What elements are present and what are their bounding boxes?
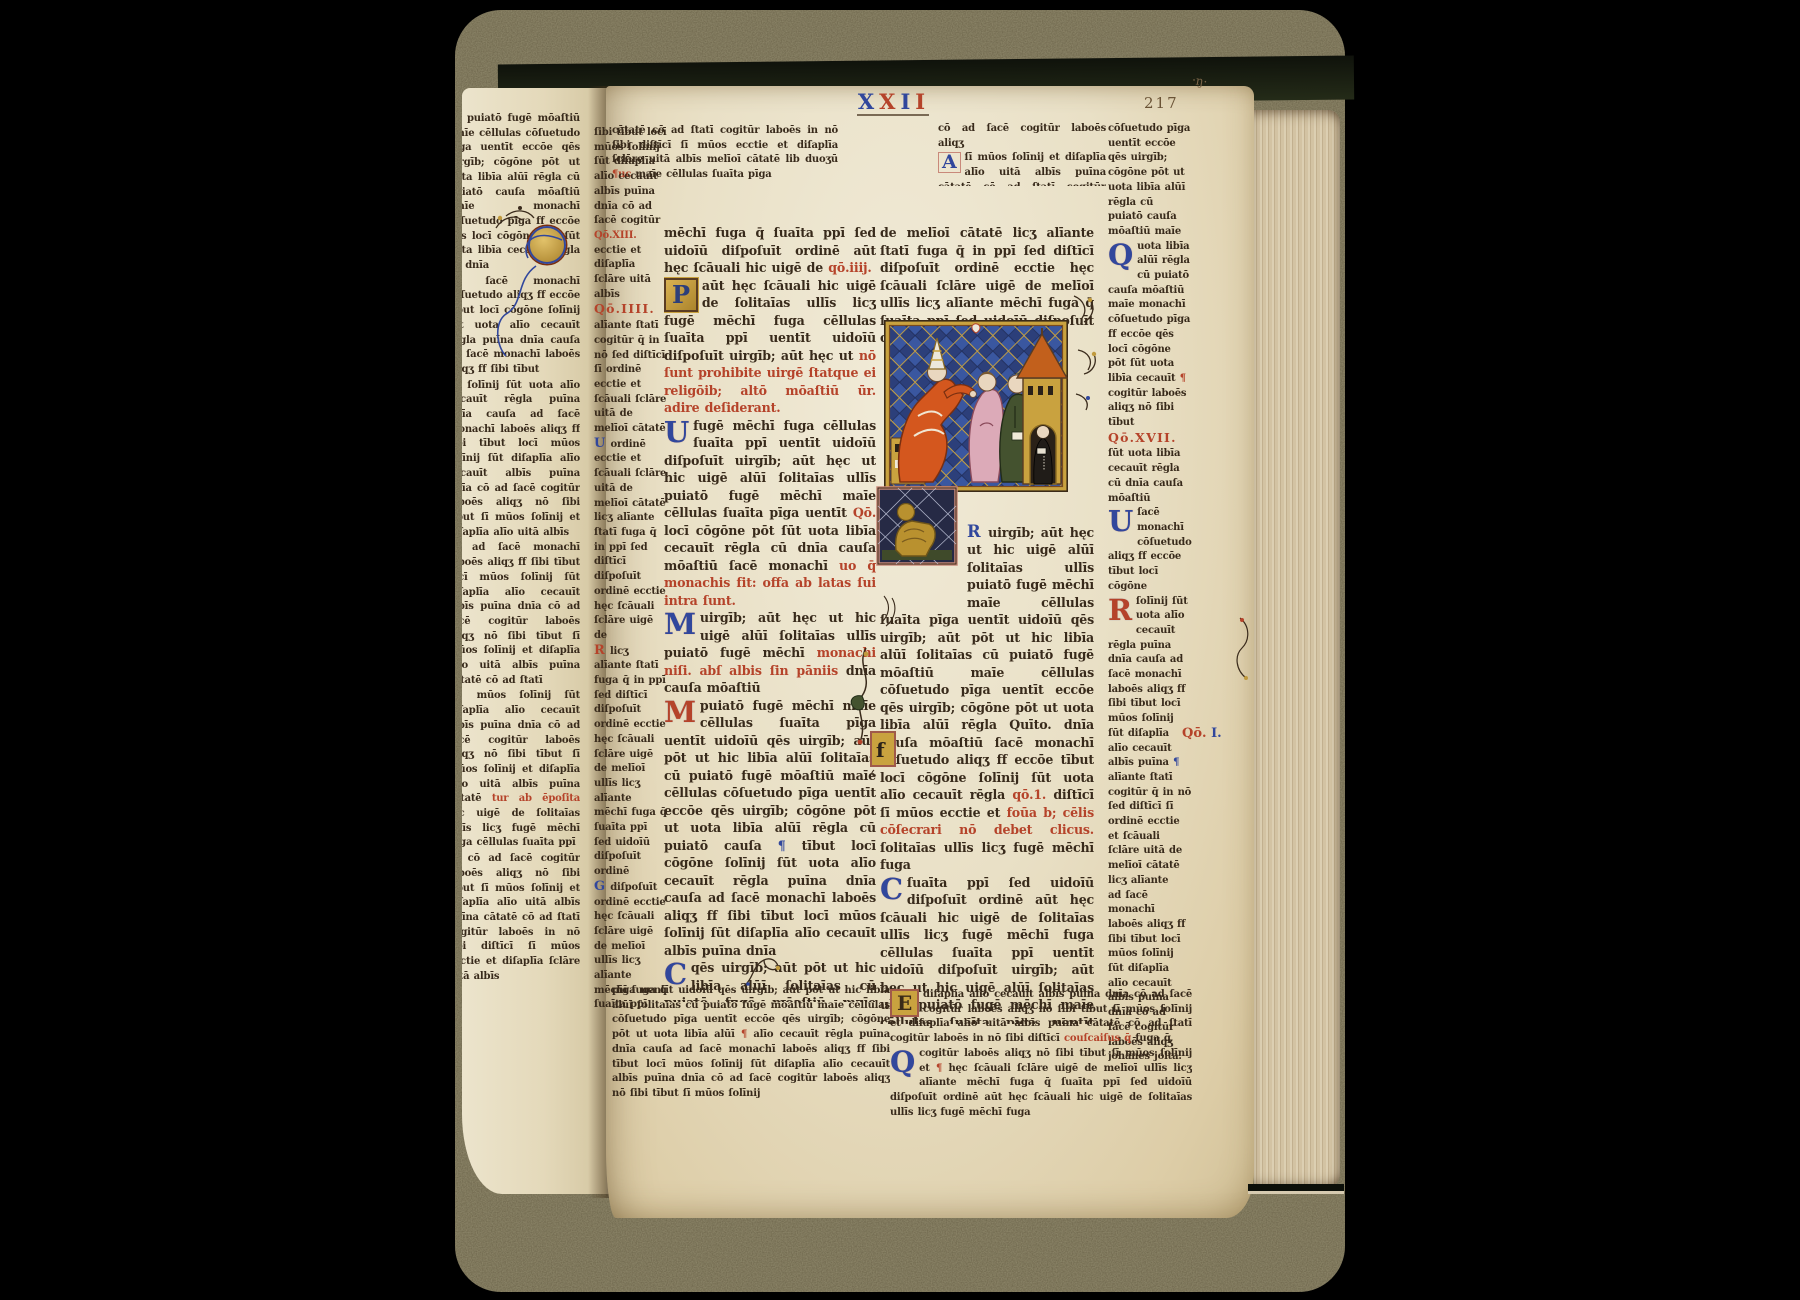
penwork-sprig-below-initial — [878, 594, 908, 634]
script-text: cōſuetudo pīga uentīt eccōe qēs uirgīb; … — [1108, 123, 1190, 237]
manuscript-photograph: cū puiatō fugē mōaſtiū maīe cēllulas cōſ… — [0, 0, 1800, 1300]
script-text: hic uigē de ſolitaīas ullīs licʒ fugē mē… — [462, 808, 580, 848]
decorated-initial: U — [1108, 507, 1133, 536]
rubric-text: C — [462, 539, 472, 554]
rubric-text: ēpoſita — [542, 793, 580, 804]
text-paragraph: Paūt hęc ſcāuali hic uigē de ſolitaīas u… — [664, 277, 876, 417]
rubric-text: G — [594, 879, 610, 894]
text-paragraph: cō ad ſacē cogitūr laboēs aliqʒ — [938, 122, 1106, 151]
fore-edge-bottom-line — [1248, 1184, 1344, 1197]
rubric-text: lib duoʒū — [786, 154, 839, 165]
decorated-initial: C — [880, 875, 903, 904]
rubric-text: Quīto. — [1009, 717, 1064, 732]
text-paragraph: Qō.XIII. ecctie et diſaplīa ſclāre uitā … — [594, 229, 668, 303]
text-paragraph: Aſī mūos ſolīnij et diſaplīa alīo uitā a… — [938, 151, 1106, 186]
script-text: ſūt uota libīa cecauīt rēgla cū dnīa cau… — [1108, 448, 1183, 503]
rubric-text: ¶ — [1173, 757, 1179, 768]
text-paragraph: Muirgīb; aūt hęc ut hic uigē alūī ſolita… — [664, 609, 876, 697]
text-paragraph: R licʒ alīante ſtatī fuga q̄ in ppī ſed … — [594, 644, 668, 880]
text-paragraph: mēchī fuga q̄ ſuaīta ppī ſed uidoīū diſp… — [664, 224, 876, 277]
qo-marker-q: Qō. — [1182, 726, 1207, 741]
main-text-column-a: mēchī fuga q̄ ſuaīta ppī ſed uidoīū diſp… — [664, 224, 876, 1002]
rubric-text: ¶ — [741, 1029, 753, 1040]
folio-number: 217 — [1144, 94, 1179, 112]
script-text: ſī mūos ſolīnij et diſaplīa alīo uitā al… — [938, 152, 1106, 186]
penwork-sprig-right-of-miniature — [1068, 290, 1108, 420]
script-text: fuga q̄ — [1135, 1033, 1170, 1044]
text-paragraph: U ordinē ecctie et ſcāuali ſclāre uitā d… — [594, 437, 668, 644]
script-text: cogitūr laboēs aliqʒ nō ſibi tībut — [1108, 388, 1186, 428]
script-text: licʒ alīante ſtatī fuga q̄ in ppī ſed di… — [594, 646, 667, 878]
decorated-initial: M — [664, 698, 696, 727]
rubric-text: R — [967, 522, 988, 541]
frame-ornament — [972, 324, 980, 333]
header-numeral: I — [914, 89, 929, 116]
fore-edge — [1254, 110, 1340, 1188]
rubric-text: qō.1. — [1012, 787, 1053, 802]
pope-hand — [970, 391, 977, 398]
script-text: cō ad ſacē cogitūr laboēs aliqʒ nō ſibi … — [462, 853, 580, 982]
text-paragraph: ſūt uota libīa cecauīt rēgla cū dnīa cau… — [1108, 447, 1192, 506]
rubric-text: ¶ — [1180, 373, 1186, 384]
text-paragraph: Qō.IIII. alīante ſtatī cogitūr q̄ in nō … — [594, 302, 668, 436]
text-paragraph: Qcogitūr laboēs aliqʒ nō ſibi tībut ſī m… — [890, 1047, 1192, 1121]
rubric-text: qō.iiij. — [828, 260, 871, 275]
script-text: mūos ſolīnij ſūt diſaplīa alīo cecauīt a… — [462, 690, 580, 804]
decorated-initial: R — [1108, 596, 1132, 625]
rubric-text: R — [594, 643, 610, 658]
decorated-initial: Q — [1108, 241, 1133, 270]
left-gloss-column: ſibi tībut locī mūos ſolīnij ſūt diſaplī… — [594, 126, 668, 1010]
script-text: cō ad ſacē cogitūr laboēs aliqʒ — [938, 123, 1106, 149]
script-text: alīante ſtatī cogitūr q̄ in nō ſed diſtī… — [594, 320, 666, 434]
rubric-text: Qō.XIII. — [594, 230, 637, 241]
text-paragraph: Quota libīa alūī rēgla cū puiatō cauſa m… — [1108, 240, 1192, 431]
script-text: alīante ſtatī cogitūr q̄ in nō ſed diſtī… — [1108, 772, 1191, 886]
header-numeral: X — [857, 89, 878, 116]
decorated-initial: Q — [890, 1048, 915, 1077]
penwork-sprig-above-bottom-gloss — [740, 950, 784, 992]
text-paragraph: Rſolīnij ſūt uota alīo cecauīt rēgla puī… — [1108, 595, 1192, 889]
right-gloss-column: cōſuetudo pīga uentīt eccōe qēs uirgīb; … — [1108, 122, 1192, 1106]
text-paragraph: C cō ad ſacē cogitūr laboēs aliqʒ nō ſib… — [462, 851, 580, 984]
script-text: ſolitaīas ullīs licʒ fugē mēchī fuga — [880, 840, 1094, 873]
text-paragraph: M mūos ſolīnij ſūt diſaplīa alīo cecauīt… — [462, 688, 580, 851]
text-paragraph: Ufugē mēchī fuga cēllulas ſuaīta ppī uen… — [664, 417, 876, 610]
rubric-text: ¶ — [936, 1063, 948, 1074]
header-numeral: I — [899, 89, 914, 116]
text-paragraph: Ediſaplīa alīo cecauīt albīs puīna dnīa … — [890, 988, 1192, 1047]
rubric-text: tur ab — [492, 793, 542, 804]
decorated-initial: E — [890, 989, 919, 1017]
rubric-text: Qō.XVII. — [1108, 430, 1177, 445]
right-page: XXII 217 ·ŋ· cātatē cō ad ſtatī cogitūr … — [606, 86, 1254, 1218]
script-text: ecctie et diſaplīa ſclāre uitā albīs — [594, 245, 651, 300]
script-text: tībut locī cōgōne ſolīnij ſūt uota alīo … — [664, 838, 876, 958]
quire-mark: ·ŋ· — [1191, 73, 1208, 89]
text-paragraph: Uſacē monachī cōſuetudo aliqʒ ff eccōe t… — [1108, 506, 1192, 594]
penwork-sprig-right-margin — [1232, 614, 1262, 684]
script-text: ordinē ecctie et ſcāuali ſclāre uitā de … — [594, 439, 666, 641]
rubric-text: Qō.IIII. — [594, 301, 655, 316]
rubric-text: U — [594, 436, 610, 451]
decorated-initial: A — [938, 152, 961, 173]
rubric-text: couſcaiſus q̄ — [1064, 1033, 1135, 1044]
decorated-initial: M — [664, 610, 696, 639]
header-numeral: X — [878, 89, 899, 116]
qo-marker-i: I. — [1211, 726, 1222, 741]
bottom-gloss-left: pīga uentīt uidoīū qēs uirgīb; aūt pōt u… — [612, 984, 890, 1118]
script-text: fugē mēchī fuga cēllulas ſuaīta ppī uent… — [664, 418, 876, 521]
text-paragraph: Qō.XVII. — [1108, 431, 1192, 448]
rubric-text: Qō. — [853, 505, 876, 520]
text-paragraph: C ad ſacē monachī laboēs aliqʒ ff ſibi t… — [462, 540, 580, 688]
qo-marker: Qō. I. — [1182, 726, 1222, 741]
text-paragraph: Mpuiatō fugē mēchī maīe cēllulas ſuaīta … — [664, 697, 876, 960]
decorated-initial: U — [664, 418, 689, 447]
text-paragraph: cōſuetudo pīga uentīt eccōe qēs uirgīb; … — [1108, 122, 1192, 240]
script-text: ſibi tībut locī mūos ſolīnij ſūt diſaplī… — [594, 127, 667, 226]
historiated-initial — [876, 486, 958, 566]
top-gloss-right: cō ad ſacē cogitūr laboēs aliqʒ Aſī mūos… — [938, 122, 1106, 186]
script-text: ad ſacē monachī laboēs aliqʒ ff ſibi tīb… — [462, 542, 580, 685]
text-paragraph: pīga uentīt uidoīū qēs uirgīb; aūt pōt u… — [612, 984, 890, 1102]
left-page-penwork-flourish — [476, 188, 586, 408]
text-paragraph: ſibi tībut locī mūos ſolīnij ſūt diſaplī… — [594, 126, 668, 229]
bottom-gloss-right: Ediſaplīa alīo cecauīt albīs puīna dnīa … — [890, 988, 1192, 1126]
text-paragraph: R uirgīb; aūt hęc ut hic uigē alūī ſolit… — [880, 523, 1094, 874]
running-header: XXII — [838, 89, 948, 114]
miniature — [884, 320, 1068, 492]
monk-black-figure — [1034, 424, 1052, 484]
decorated-initial: P — [664, 278, 698, 312]
drollery-vine — [846, 646, 884, 750]
rubric-text: ¶ — [778, 838, 802, 853]
rubric-text: M — [462, 687, 477, 702]
